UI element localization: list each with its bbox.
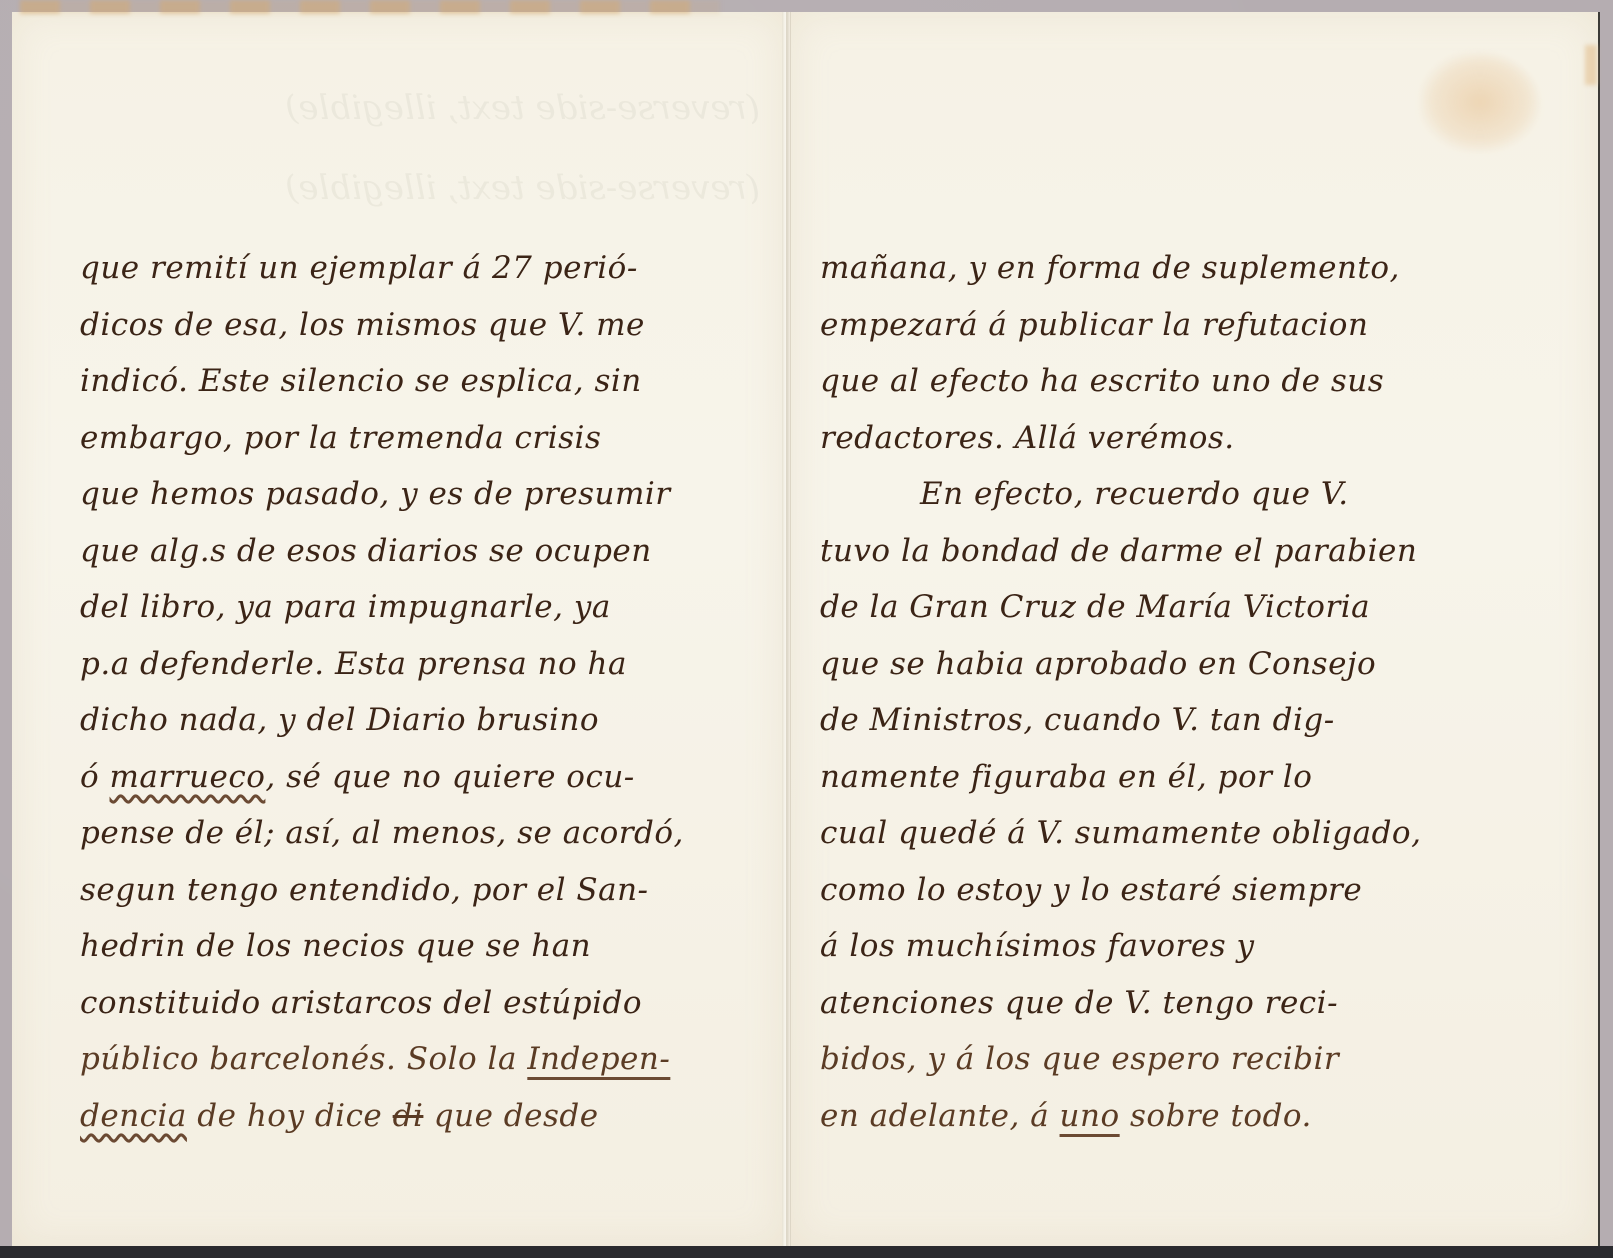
text-fragment: ó [80,759,110,795]
text-line: que remití un ejemplar á 27 perió- [80,240,770,297]
show-through-text: (reverse-side text, illegible) (reverse-… [70,68,760,228]
foxing-stain-edge [1585,45,1597,85]
text-line: p.a defenderle. Esta prensa no ha [80,636,770,693]
text-fragment: , sé que no quiere ocu- [265,759,634,795]
text-line: dencia de hoy dice di que desde [80,1088,770,1145]
text-line: empezará á publicar la refutacion [820,297,1580,354]
show-through-line: (reverse-side text, illegible) [70,68,760,148]
foxing-stain-corner [1420,52,1540,152]
text-line: atenciones que de V. tengo reci- [820,975,1580,1032]
text-line: que se habia aprobado en Consejo [820,636,1580,693]
text-line: segun tengo entendido, por el San- [80,862,770,919]
underlined-word: dencia [80,1098,187,1134]
show-through-line: (reverse-side text, illegible) [70,148,760,228]
text-line: mañana, y en forma de suplemento, [820,240,1580,297]
text-line: redactores. Allá verémos. [820,410,1580,467]
text-line: que hemos pasado, y es de presumir [80,466,770,523]
text-fragment: que desde [423,1098,598,1134]
text-line: cual quedé á V. sumamente obligado, [820,805,1580,862]
text-line: dicho nada, y del Diario brusino [80,692,770,749]
text-line: En efecto, recuerdo que V. [820,466,1580,523]
text-line: que alg.s de esos diarios se ocupen [80,523,770,580]
text-line: namente figuraba en él, por lo [820,749,1580,806]
text-line: en adelante, á uno sobre todo. [820,1088,1580,1145]
text-line: á los muchísimos favores y [820,918,1580,975]
underlined-word: Indepen- [527,1041,670,1077]
scanner-bottom-edge [0,1246,1613,1258]
left-page-text: que remití un ejemplar á 27 perió- dicos… [80,240,770,1144]
text-line: que al efecto ha escrito uno de sus [820,353,1580,410]
text-fragment: público barcelonés. Solo la [80,1041,527,1077]
text-line: como lo estoy y lo estaré siempre [820,862,1580,919]
text-line: tuvo la bondad de darme el parabien [820,523,1580,580]
underlined-word: marrueco [110,759,266,795]
page-fold [782,12,790,1248]
text-line: de Ministros, cuando V. tan dig- [820,692,1580,749]
text-line: pense de él; así, al menos, se acordó, [80,805,770,862]
struck-word: di [393,1098,424,1134]
text-line: embargo, por la tremenda crisis [80,410,770,467]
text-line: del libro, ya para impugnarle, ya [80,579,770,636]
text-line: bidos, y á los que espero recibir [820,1031,1580,1088]
text-line: ó marrueco, sé que no quiere ocu- [80,749,770,806]
foxing-stain-top [20,0,720,14]
text-fragment: sobre todo. [1120,1098,1312,1134]
text-fragment: de hoy dice [187,1098,393,1134]
text-line: público barcelonés. Solo la Indepen- [80,1031,770,1088]
right-page-text: mañana, y en forma de suplemento, empeza… [820,240,1580,1144]
text-line: constituido aristarcos del estúpido [80,975,770,1032]
underlined-word: uno [1060,1098,1120,1134]
text-line: hedrin de los necios que se han [80,918,770,975]
text-line: indicó. Este silencio se esplica, sin [80,353,770,410]
text-fragment: en adelante, á [820,1098,1060,1134]
text-line: dicos de esa, los mismos que V. me [80,297,770,354]
text-line: de la Gran Cruz de María Victoria [820,579,1580,636]
